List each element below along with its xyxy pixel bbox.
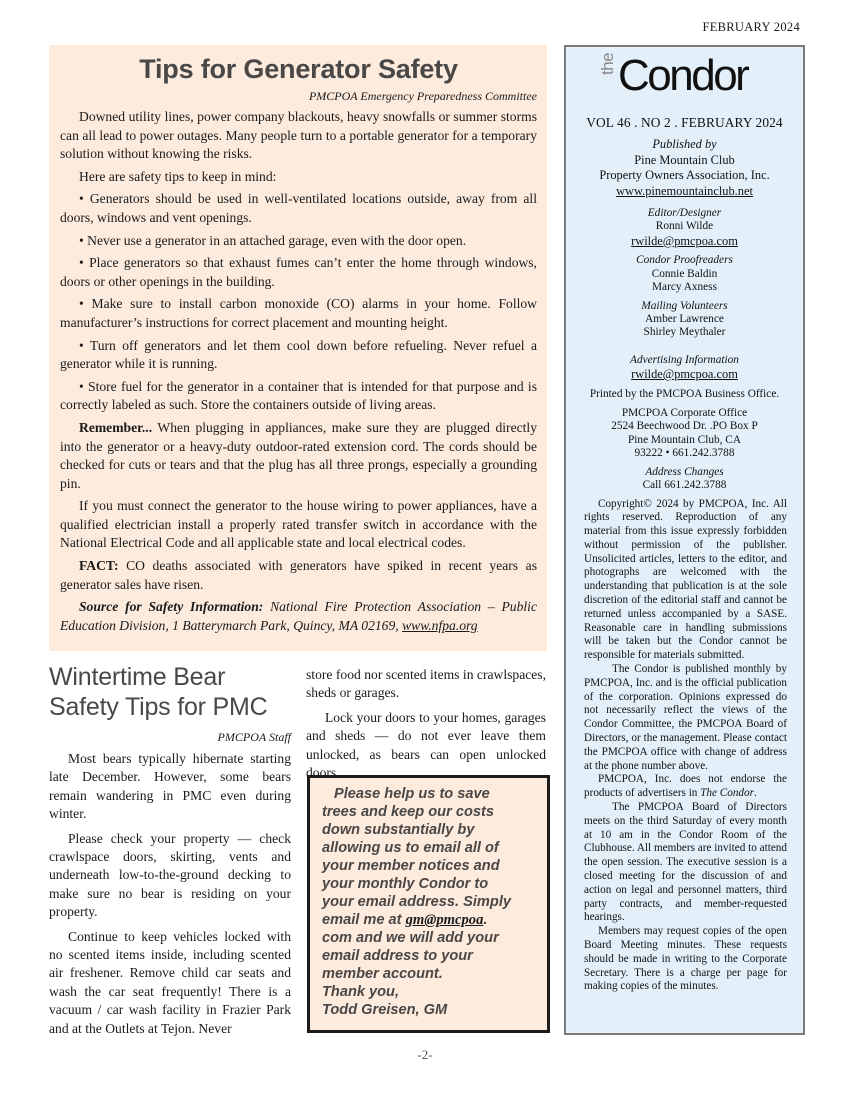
proofreaders-label: Condor Proofreaders: [566, 254, 803, 267]
editor-label: Editor/Designer: [566, 207, 803, 220]
bear-paragraph-continued: store food nor scented items in crawlspa…: [306, 666, 546, 703]
nfpa-link[interactable]: www.nfpa.org: [402, 618, 478, 633]
fact-label: FACT:: [79, 558, 119, 573]
article-title: Tips for Generator Safety: [60, 54, 537, 85]
address-changes-label: Address Changes: [566, 466, 803, 479]
bear-paragraph: Please check your property — check crawl…: [49, 830, 291, 922]
sign-off: Thank you,: [322, 983, 537, 1001]
page-number: -2-: [0, 1047, 850, 1063]
tip-item: • Store fuel for the generator in a cont…: [60, 378, 537, 415]
tip-item: • Make sure to install carbon monoxide (…: [60, 295, 537, 332]
advertising-email-link[interactable]: rwilde@pmcpoa.com: [566, 367, 803, 383]
bear-article-byline: PMCPOA Staff: [49, 730, 291, 745]
editor-email-link[interactable]: rwilde@pmcpoa.com: [566, 234, 803, 250]
tip-item: • Generators should be used in well-vent…: [60, 190, 537, 227]
website-link[interactable]: www.pinemountainclub.net: [566, 184, 803, 200]
logo-the: the: [598, 53, 618, 75]
logo-condor: Condor: [618, 51, 747, 101]
bear-article-title: Wintertime Bear Safety Tips for PMC: [49, 662, 291, 722]
intro-paragraph: Downed utility lines, power company blac…: [60, 108, 537, 164]
legal-notice: Copyright© 2024 by PMCPOA, Inc. All righ…: [566, 498, 803, 995]
source-label: Source for Safety Information:: [79, 599, 263, 614]
bear-paragraph: Lock your doors to your homes, garages a…: [306, 709, 546, 783]
article-byline: PMCPOA Emergency Preparedness Committee: [60, 89, 537, 104]
bear-article-column-2: store food nor scented items in crawlspa…: [306, 666, 546, 788]
volume-line: VOL 46 . NO 2 . FEBRUARY 2024: [566, 115, 803, 131]
signature: Todd Greisen, GM: [322, 1001, 537, 1019]
wiring-paragraph: If you must connect the generator to the…: [60, 497, 537, 553]
gm-email-link[interactable]: gm@pmcpoa: [406, 912, 484, 928]
fact-paragraph: FACT: CO deaths associated with generato…: [60, 557, 537, 594]
remember-paragraph: Remember... When plugging in appliances,…: [60, 419, 537, 493]
source-paragraph: Source for Safety Information: National …: [60, 598, 537, 635]
advertising-label: Advertising Information: [566, 354, 803, 367]
bear-paragraph: Most bears typically hibernate starting …: [49, 750, 291, 824]
bear-paragraph: Continue to keep vehicles locked with no…: [49, 928, 291, 1038]
printed-by: Printed by the PMCPOA Business Office.: [566, 388, 803, 401]
generator-safety-article: Tips for Generator Safety PMCPOA Emergen…: [49, 45, 547, 651]
remember-label: Remember...: [79, 420, 152, 435]
tip-item: • Turn off generators and let them cool …: [60, 337, 537, 374]
email-notice-box: Please help us to save trees and keep ou…: [307, 775, 550, 1033]
masthead-sidebar: the Condor VOL 46 . NO 2 . FEBRUARY 2024…: [564, 45, 805, 1035]
tip-item: • Never use a generator in an attached g…: [60, 232, 537, 251]
mailing-label: Mailing Volunteers: [566, 300, 803, 313]
tip-item: • Place generators so that exhaust fumes…: [60, 254, 537, 291]
tips-lead: Here are safety tips to keep in mind:: [60, 168, 537, 187]
running-header-date: FEBRUARY 2024: [702, 20, 800, 35]
published-by-label: Published by: [566, 137, 803, 153]
bear-article-column-1: Wintertime Bear Safety Tips for PMC PMCP…: [49, 662, 291, 1044]
condor-logo: the Condor: [566, 55, 803, 113]
